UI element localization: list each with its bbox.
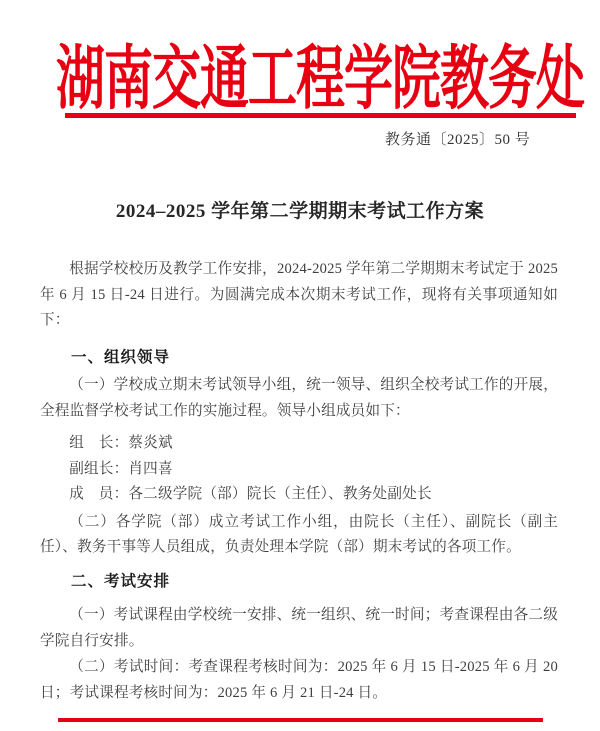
section2-paragraph-1: （一）考试课程由学校统一安排、统一组织、统一时间；考查课程由各二级学院自行安排。: [40, 603, 558, 654]
roster-line-deputy-leader: 副组长：肖四喜: [40, 457, 558, 483]
section-heading-exam-arrangement: 二、考试安排: [40, 569, 558, 595]
header-rule: [65, 113, 576, 118]
roster-line-members: 成 员：各二级学院（部）院长（主任）、教务处副处长: [40, 482, 558, 508]
doc-number: 教务通〔2025〕50 号: [385, 128, 530, 149]
leading-group-roster: 组 长：蔡炎斌 副组长：肖四喜 成 员：各二级学院（部）院长（主任）、教务处副处…: [40, 431, 558, 508]
document-body: 根据学校校历及教学工作安排，2024-2025 学年第二学期期末考试定于 202…: [40, 257, 558, 706]
doc-title: 2024–2025 学年第二学期期末考试工作方案: [0, 196, 600, 223]
section1-paragraph-1: （一）学校成立期末考试领导小组，统一领导、组织全校考试工作的开展，全程监督学校考…: [40, 373, 558, 424]
intro-paragraph: 根据学校校历及教学工作安排，2024-2025 学年第二学期期末考试定于 202…: [40, 257, 558, 334]
roster-line-leader: 组 长：蔡炎斌: [40, 431, 558, 457]
masthead-title: 湖南交通工程学院教务处: [20, 24, 600, 123]
section1-paragraph-2: （二）各学院（部）成立考试工作小组，由院长（主任）、副院长（副主任）、教务干事等…: [40, 510, 558, 561]
document-page: 湖南交通工程学院教务处 教务通〔2025〕50 号 2024–2025 学年第二…: [0, 0, 600, 731]
section-heading-organization: 一、组织领导: [40, 345, 558, 371]
section2-paragraph-2: （二）考试时间：考查课程考核时间为：2025 年 6 月 15 日-2025 年…: [40, 655, 558, 706]
footer-rule: [58, 718, 543, 722]
